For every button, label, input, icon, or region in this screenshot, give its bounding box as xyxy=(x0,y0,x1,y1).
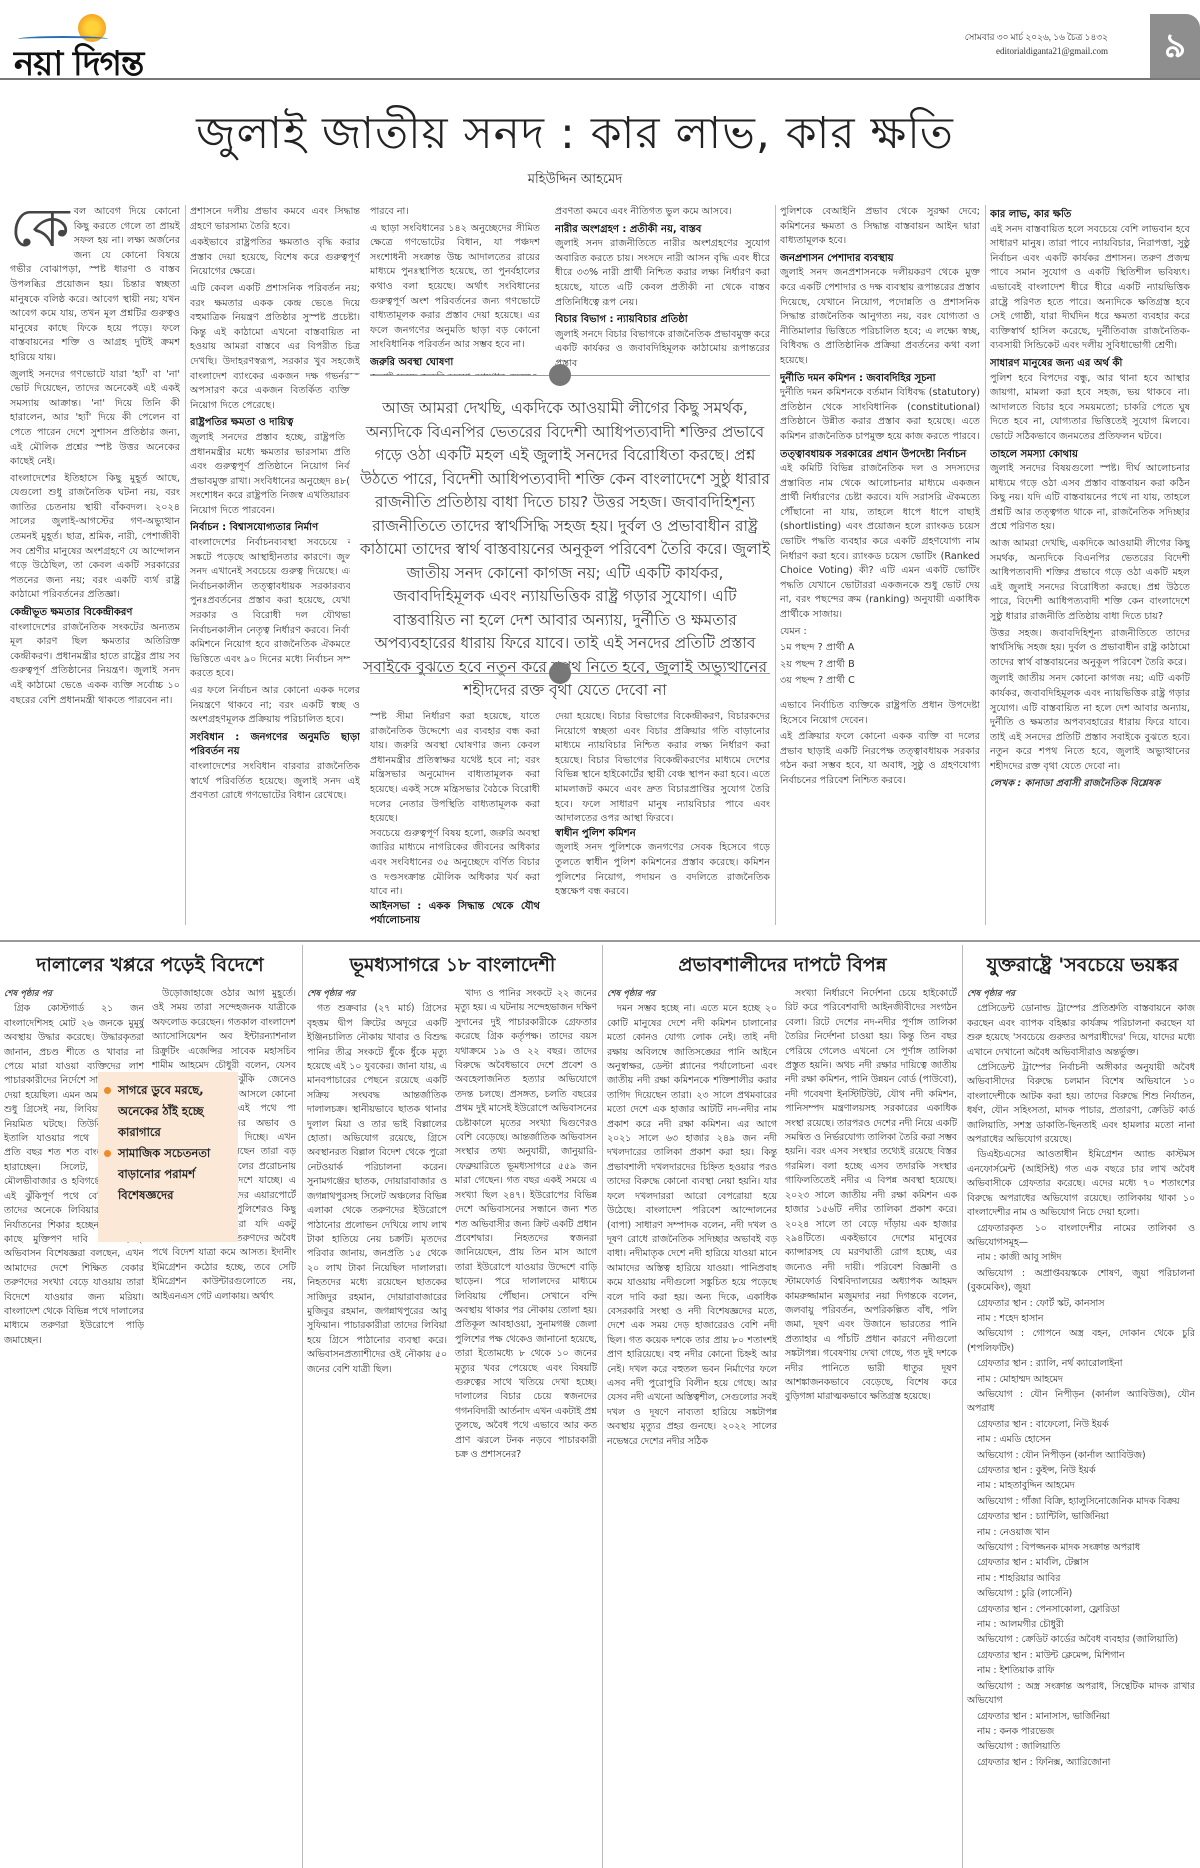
dateline: সোমবার ৩০ মার্চ ২০২৬, ১৬ চৈত্র ১৪৩২ edit… xyxy=(965,30,1108,58)
paragraph: এই সনদ বাস্তবায়িত হলে সবচেয়ে বেশি লাভব… xyxy=(990,223,1190,354)
paragraph: সবচেয়ে গুরুত্বপূর্ণ বিষয় হলো, জরুরি অব… xyxy=(370,827,540,900)
article-column-3-lower: স্পষ্ট সীমা নির্ধারণ করা হয়েছে, যাতে রা… xyxy=(370,710,540,925)
paragraph: প্রবণতা কমবে এবং নীতিগত ভুল কমে আসবে। xyxy=(555,205,770,220)
story-headline[interactable]: যুক্তরাষ্ট্রে 'সবচেয়ে ভয়ঙ্কর xyxy=(965,945,1200,985)
arrest-entry: নাম : এমডি হোসেনঅভিযোগ : যৌন নিপীড়ন (কা… xyxy=(967,1433,1195,1478)
column-divider xyxy=(775,205,776,925)
editorial-email[interactable]: editorialdiganta21@gmail.com xyxy=(965,44,1108,58)
masthead: নয়া দিগন্ত সোমবার ৩০ মার্চ ২০২৬, ১৬ চৈত… xyxy=(0,0,1200,80)
subheading: তত্ত্বাবধায়ক সরকারের প্রধান উপদেষ্টা নি… xyxy=(780,448,980,463)
continued-label: শেষ পৃষ্ঠার পর xyxy=(307,987,447,1001)
paragraph: দেয়া হয়েছে। বিচার বিভাগের বিকেন্দ্রীকর… xyxy=(555,710,770,827)
subheading: সংবিধান : জনগণের অনুমতি ছাড়া পরিবর্তন ন… xyxy=(190,731,360,760)
arrest-entry: নাম : আলমগীর চৌধুরীঅভিযোগ : ক্রেডিট কার্… xyxy=(967,1618,1195,1663)
paragraph: একইভাবে রাষ্ট্রপতির ক্ষমতাও বৃদ্ধি করার … xyxy=(190,236,360,280)
issue-date: সোমবার ৩০ মার্চ ২০২৬, ১৬ চৈত্র ১৪৩২ xyxy=(965,30,1108,44)
section-rule xyxy=(0,940,1200,942)
story-rivers: প্রভাবশালীদের দাপটে বিপন্ন শেষ পৃষ্ঠার প… xyxy=(605,945,960,1868)
subheading: কেন্দ্রীভূত ক্ষমতার বিকেন্দ্রীকরণ xyxy=(10,606,180,621)
subheading: নির্বাচন : বিশ্বাসযোগ্যতার নির্মাণ xyxy=(190,521,360,536)
subheading: তাহলে সমস্যা কোথায় xyxy=(990,448,1190,463)
story-column: শেষ পৃষ্ঠার পর প্রেসিডেন্ট ডোনাল্ড ট্রাম… xyxy=(967,987,1195,1868)
paragraph: ডিএইচএসের আওতাধীন ইমিগ্রেশন অ্যান্ড কাস্… xyxy=(967,1148,1195,1220)
paragraph: গত শুক্রবার (২৭ মার্চ) গ্রিসের বৃহত্তম দ… xyxy=(307,1002,447,1377)
paragraph: পুলিশ হবে বিপদের বন্ধু, আর থানা হবে আস্থ… xyxy=(990,372,1190,445)
subheading: নারীর অংশগ্রহণ : প্রতীকী নয়, বাস্তব xyxy=(555,223,770,238)
article-column-6: কার লাভ, কার ক্ষতি এই সনদ বাস্তবায়িত হল… xyxy=(990,205,1190,925)
rank-item: ২য় পছন্দ ? প্রার্থী B xyxy=(780,658,980,673)
column-divider xyxy=(185,205,186,925)
column-divider xyxy=(985,205,986,925)
story-column: খাদ্য ও পানির সংকটে ২২ জনের মৃত্যু হয়। … xyxy=(455,987,597,1868)
paragraph: প্রশাসনে দলীয় প্রভাব কমবে এবং সিদ্ধান্ত… xyxy=(190,205,360,234)
paragraph: এই কমিটি বিভিন্ন রাজনৈতিক দল ও সদস্যদের … xyxy=(780,462,980,623)
drop-cap: কে xyxy=(10,205,70,251)
paragraph: জুলাই সনদের প্রস্তাব হচ্ছে, রাষ্ট্রপতি ও… xyxy=(190,431,360,519)
subheading: আইনসভা : একক সিদ্ধান্ত থেকে যৌথ পর্যালোচ… xyxy=(370,900,540,925)
subheading: জরুরি অবস্থা ঘোষণা xyxy=(370,356,540,371)
paragraph: দুর্নীতি দমন কমিশনকে বর্তমান বিধিবদ্ধ (s… xyxy=(780,386,980,444)
paragraph: এর ফলে নির্বাচন আর কোনো একক দলের নিয়ন্ত… xyxy=(190,684,360,728)
highlight-box: সাগরে ডুবে মরছে, অনেকের ঠাঁই হচ্ছে কারাগ… xyxy=(98,1072,238,1242)
story-column: শেষ পৃষ্ঠার পর দমন সম্ভব হচ্ছে না। এতে ম… xyxy=(607,987,777,1868)
subheading: সাধারণ মানুষের জন্য এর অর্থ কী xyxy=(990,357,1190,372)
arrest-entry: নাম : শহেদ হাসানঅভিযোগ : গোপনে অস্ত্র বহ… xyxy=(967,1312,1195,1372)
list-title: গ্রেফতারকৃত ১০ বাংলাদেশীর নামের তালিকা ও… xyxy=(967,1222,1195,1251)
paragraph: এ ছাড়া সংবিধানের ১৪২ অনুচ্ছেদের সীমিত ক… xyxy=(370,222,540,353)
ornament-dot-icon xyxy=(549,662,571,684)
subheading: স্বাধীন পুলিশ কমিশন xyxy=(555,827,770,842)
paragraph: প্রেসিডেন্ট ট্রাম্পের নির্বাচনী অঙ্গীকার… xyxy=(967,1061,1195,1147)
paragraph: স্পষ্ট সীমা নির্ধারণ করা হয়েছে, যাতে রা… xyxy=(370,710,540,827)
article-column-4: প্রবণতা কমবে এবং নীতিগত ভুল কমে আসবে। না… xyxy=(555,205,770,380)
paragraph: বাংলাদেশের রাজনৈতিক সংকটের অন্যতম মূল কা… xyxy=(10,621,180,709)
paragraph: উত্তর সহজ। জবাবদিহিশূন্য রাজনীতিতে তাদের… xyxy=(990,627,1190,671)
continued-stories: দালালের খপ্পরে পড়েই বিদেশে শেষ পৃষ্ঠার … xyxy=(0,945,1200,1868)
paragraph: আজ আমরা দেখছি, একদিকে আওয়ামী লীগের কিছু… xyxy=(990,537,1190,625)
article-headline: জুলাই জাতীয় সনদ : কার লাভ, কার ক্ষতি xyxy=(150,100,1000,173)
paragraph: পারবে না। xyxy=(370,205,540,220)
subheading: জনপ্রশাসন পেশাদার ব্যবস্থায় xyxy=(780,252,980,267)
paragraph: জুলাই সনদ রাজনীতিতে নারীর অংশগ্রহণের সুয… xyxy=(555,237,770,310)
page-number-tab: ৯ xyxy=(1150,14,1200,78)
arrest-entry: নাম : শাহরিয়ার আবিরঅভিযোগ : চুরি (লার্স… xyxy=(967,1572,1195,1617)
arrest-entry: নাম : মোহাম্মদ আহমেদঅভিযোগ : যৌন নিপীড়ন… xyxy=(967,1373,1195,1433)
paragraph: জুলাই সনদ পুলিশকে জনগণের সেবক হিসেবে গড়… xyxy=(555,841,770,899)
story-column: সংখ্যা নির্ধারণে নির্দেশনা চেয়ে হাইকোর্… xyxy=(785,987,957,1868)
paragraph: জুলাই জাতীয় সনদ কোনো কাগজ নয়; এটি একটি… xyxy=(990,672,1190,774)
paragraph: জুলাই সনদের গণভোটে যারা 'হ্যাঁ' বা 'না' … xyxy=(10,368,180,470)
rank-item: ৩য় পছন্দ ? প্রার্থী C xyxy=(780,674,980,689)
story-headline[interactable]: ভূমধ্যসাগরে ১৮ বাংলাদেশী xyxy=(305,945,600,985)
example-label: যেমন : xyxy=(780,625,980,640)
paragraph: সংখ্যা নির্ধারণে নির্দেশনা চেয়ে হাইকোর্… xyxy=(785,987,957,1405)
story-headline[interactable]: দালালের খপ্পরে পড়েই বিদেশে xyxy=(0,945,300,985)
paragraph: কেবল আবেগ দিয়ে কোনো কিছু করতে গেলে তা প… xyxy=(10,205,180,366)
author-note: লেখক : কানাডা প্রবাসী রাজনৈতিক বিশ্লেষক xyxy=(990,777,1190,792)
subheading: বিচার বিভাগ : ন্যায়বিচার প্রতিষ্ঠা xyxy=(555,313,770,328)
paragraph: পুলিশকে বেআইনি প্রভাব থেকে সুরক্ষা দেবে;… xyxy=(780,205,980,249)
paragraph: দমন সম্ভব হচ্ছে না। এতে মনে হচ্ছে ২০ কোট… xyxy=(607,1002,777,1449)
article-column-2: প্রশাসনে দলীয় প্রভাব কমবে এবং সিদ্ধান্ত… xyxy=(190,205,360,925)
story-divider xyxy=(602,945,603,1868)
rank-item: ১ম পছন্দ ? প্রার্থী A xyxy=(780,641,980,656)
article-byline: মহিউদ্দিন আহমেদ xyxy=(150,170,1000,191)
arrest-entry: নাম : কনক পারভেজঅভিযোগ : জালিয়াতিগ্রেফত… xyxy=(967,1725,1195,1770)
paragraph: জুলাই সনদ জনপ্রশাসনকে দলীয়করণ থেকে মুক্… xyxy=(780,266,980,368)
ornament-dot-icon xyxy=(549,364,571,386)
paragraph: এভাবে নির্বাচিত ব্যক্তিকে রাষ্ট্রপতি প্র… xyxy=(780,699,980,728)
paragraph: বাংলাদেশের নির্বাচনব্যবস্থা সবচেয়ে বড় … xyxy=(190,536,360,682)
story-headline[interactable]: প্রভাবশালীদের দাপটে বিপন্ন xyxy=(605,945,960,985)
paragraph: বাংলাদেশের সংবিধান বারবার রাজনৈতিক স্বার… xyxy=(190,760,360,804)
continued-label: শেষ পৃষ্ঠার পর xyxy=(607,987,777,1001)
arrest-entry: নাম : কাজী আবু সাঈদঅভিযোগ : অপ্রাপ্তবয়স… xyxy=(967,1251,1195,1311)
story-mediterranean: ভূমধ্যসাগরে ১৮ বাংলাদেশী শেষ পৃষ্ঠার পর … xyxy=(305,945,600,1868)
article-column-1: কেবল আবেগ দিয়ে কোনো কিছু করতে গেলে তা প… xyxy=(10,205,180,925)
continued-label: শেষ পৃষ্ঠার পর xyxy=(967,987,1195,1001)
arrest-entry: নাম : ইশতিয়াক রাফিঅভিযোগ : অস্ত্র সংক্র… xyxy=(967,1664,1195,1724)
highlight-item: সাগরে ডুবে মরছে, অনেকের ঠাঁই হচ্ছে কারাগ… xyxy=(104,1080,232,1143)
story-divider xyxy=(962,945,963,1868)
bullet-icon xyxy=(104,1150,111,1157)
arrest-entry: নাম : মাহতাবুদ্দিন আহমেদঅভিযোগ : গাঁজা ব… xyxy=(967,1479,1195,1524)
bullet-icon xyxy=(104,1087,111,1094)
article-column-3: পারবে না। এ ছাড়া সংবিধানের ১৪২ অনুচ্ছেদ… xyxy=(370,205,540,380)
masthead-rule xyxy=(0,78,1200,80)
continued-label: শেষ পৃষ্ঠার পর xyxy=(4,987,144,1001)
paragraph: খাদ্য ও পানির সংকটে ২২ জনের মৃত্যু হয়। … xyxy=(455,987,597,1462)
pull-quote: আজ আমরা দেখছি, একদিকে আওয়ামী লীগের কিছু… xyxy=(350,375,770,685)
article-column-5: পুলিশকে বেআইনি প্রভাব থেকে সুরক্ষা দেবে;… xyxy=(780,205,980,925)
story-dalal: দালালের খপ্পরে পড়েই বিদেশে শেষ পৃষ্ঠার … xyxy=(0,945,300,1868)
pull-quote-text: আজ আমরা দেখছি, একদিকে আওয়ামী লীগের কিছু… xyxy=(360,397,770,703)
arrest-entry: নাম : নেওয়াজ খানঅভিযোগ : বিপজ্জনক মাদক … xyxy=(967,1526,1195,1571)
article-column-4-lower: দেয়া হয়েছে। বিচার বিভাগের বিকেন্দ্রীকর… xyxy=(555,710,770,925)
newspaper-logo[interactable]: নয়া দিগন্ত xyxy=(8,14,228,74)
paragraph: বাংলাদেশের ইতিহাসে কিছু মুহূর্ত আছে, যেগ… xyxy=(10,472,180,603)
paragraph: জুলাই সনদে বিচার বিভাগকে রাজনৈতিক প্রভাব… xyxy=(555,328,770,372)
paragraph: এই প্রক্রিয়ার ফলে কোনো একক ব্যক্তি বা দ… xyxy=(780,730,980,788)
subheading: রাষ্ট্রপতির ক্ষমতা ও দায়িত্ব xyxy=(190,416,360,431)
story-column: শেষ পৃষ্ঠার পর গত শুক্রবার (২৭ মার্চ) গ্… xyxy=(307,987,447,1868)
subheading: কার লাভ, কার ক্ষতি xyxy=(990,208,1190,223)
logo-text: নয়া দিগন্ত xyxy=(14,38,143,95)
paragraph: জুলাই সনদের বিষয়গুলো স্পষ্ট। দীর্ঘ আলোচ… xyxy=(990,462,1190,535)
paragraph: এটি কেবল একটি প্রশাসনিক পরিবর্তন নয়; বর… xyxy=(190,282,360,413)
highlight-item: সামাজিক সচেতনতা বাড়ানোর পরামর্শ বিশেষজ্… xyxy=(104,1143,232,1206)
paragraph: প্রেসিডেন্ট ডোনাল্ড ট্রাম্পের প্রতিশ্রুত… xyxy=(967,1002,1195,1060)
subheading: দুর্নীতি দমন কমিশন : জবাবদিহির সূচনা xyxy=(780,372,980,387)
story-divider xyxy=(302,945,303,1868)
story-usa-arrests: যুক্তরাষ্ট্রে 'সবচেয়ে ভয়ঙ্কর শেষ পৃষ্ঠ… xyxy=(965,945,1200,1868)
